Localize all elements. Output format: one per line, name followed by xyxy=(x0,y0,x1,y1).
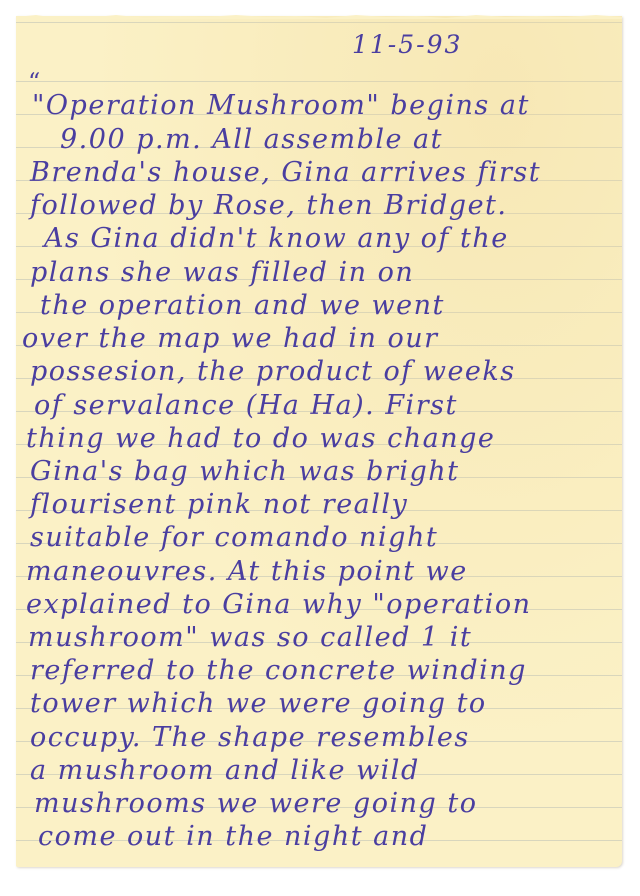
text-line: tower which we were going to xyxy=(30,688,487,719)
text-line: referred to the concrete winding xyxy=(30,655,527,686)
text-line: maneouvres. At this point we xyxy=(26,556,468,587)
text-line: 9.00 p.m. All assemble at xyxy=(60,124,443,155)
text-line: a mushroom and like wild xyxy=(30,755,420,786)
text-line: Brenda's house, Gina arrives first xyxy=(30,157,541,188)
text-line: flourisent pink not really xyxy=(30,489,408,520)
text-line: followed by Rose, then Bridget. xyxy=(30,190,508,221)
text-line: come out in the night and xyxy=(38,821,428,852)
torn-top-edge xyxy=(16,13,622,19)
text-line: "Operation Mushroom" begins at xyxy=(32,90,530,121)
text-line: of servalance (Ha Ha). First xyxy=(34,390,458,421)
text-line: plans she was filled in on xyxy=(30,257,414,288)
text-line: over the map we had in our xyxy=(22,323,439,354)
text-line: thing we had to do was change xyxy=(26,423,495,454)
text-line: explained to Gina why "operation xyxy=(26,589,531,620)
text-line: the operation and we went xyxy=(40,290,445,321)
date-heading: 11-5-93 xyxy=(352,30,462,59)
text-line: suitable for comando night xyxy=(30,522,438,553)
text-line: occupy. The shape resembles xyxy=(30,722,470,753)
text-line: Gina's bag which was bright xyxy=(30,456,460,487)
text-line: mushroom" was so called 1 it xyxy=(28,622,472,653)
text-line: As Gina didn't know any of the xyxy=(44,223,509,254)
text-line: mushrooms we were going to xyxy=(34,788,477,819)
text-line: possesion, the product of weeks xyxy=(30,356,516,387)
